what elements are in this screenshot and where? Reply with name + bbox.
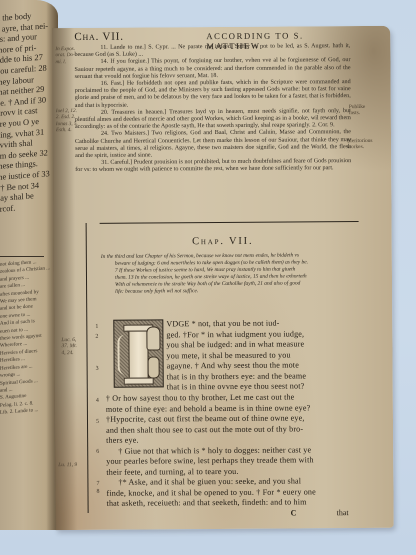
annotation-paragraph: 24. Two Maisters.] Two religions, God an…: [75, 130, 351, 161]
running-head: Cha. VII. ACCORDING TO S. MATTHEW.: [74, 29, 360, 43]
verse-number: 8: [96, 489, 99, 495]
chapter-argument: In the third and last Chapter of his Ser…: [115, 252, 349, 296]
annotations: 11. Lande to me.] S. Cypr. ... Ne parate…: [74, 43, 351, 175]
running-head-chapter: Cha. VII.: [74, 31, 124, 43]
verse-number: 3: [96, 366, 99, 372]
margin-reference: Luc. 6, 37. Mr. 4, 24.: [61, 337, 79, 356]
signature-mark: C: [291, 508, 297, 517]
margin-note: Publike fasts.: [349, 104, 375, 117]
goat-ornament: [146, 326, 160, 350]
annotation-paragraph: 16. Fast.] He forbiddeth not open and pu…: [75, 79, 351, 110]
verse-line: thers eye.: [106, 436, 139, 447]
left-page: d the body e ayre, that nei- es: and you…: [0, 0, 58, 530]
verse-number: 7: [96, 481, 99, 487]
chapter-block: Chap. VII. In the third and last Chapter…: [86, 221, 361, 513]
decorated-initial-icon: [113, 319, 163, 387]
verse-number: 2: [95, 334, 98, 340]
horse-ornament: [148, 356, 160, 378]
argument-line: life: because only fayth wil not suffice…: [115, 288, 349, 297]
verse-number: 1: [95, 324, 98, 330]
right-page: Cha. VII. ACCORDING TO S. MATTHEW. In Ex…: [52, 26, 393, 530]
text-line: ercof.: [0, 201, 48, 215]
annotation-paragraph: 20. Treasures in heauen.] Treasures layd…: [75, 108, 351, 132]
divider-rule: [100, 221, 359, 224]
verse-line: and then shalt thou see to cast out the …: [106, 424, 303, 436]
left-page-text: d the body e ayre, that nei- es: and you…: [0, 14, 48, 215]
annotation-paragraph: 14. If you forgiue.] This poynt, of forg…: [74, 58, 350, 82]
margin-reference: Lu. 11, 9: [58, 462, 82, 469]
left-page-annotations: ...not doing them ... ...zealous of a Ch…: [0, 262, 48, 418]
verse-number: 6: [96, 449, 99, 455]
divider-rule: [0, 256, 44, 257]
verse-line: that asketh, receiueth: and that seeketh…: [107, 497, 307, 509]
annotation-paragraph: 31. Careful.] Prudent prouision is not p…: [75, 158, 351, 174]
catchword: that: [337, 508, 349, 517]
verse-number: 4: [96, 398, 99, 404]
chapter-title: Chap. VII.: [87, 235, 359, 248]
margin-note: Meritorious workes.: [347, 138, 375, 151]
verse-line: that is in thine ovvne eye thou seest no…: [167, 381, 305, 393]
verse-number: 5: [96, 419, 99, 425]
